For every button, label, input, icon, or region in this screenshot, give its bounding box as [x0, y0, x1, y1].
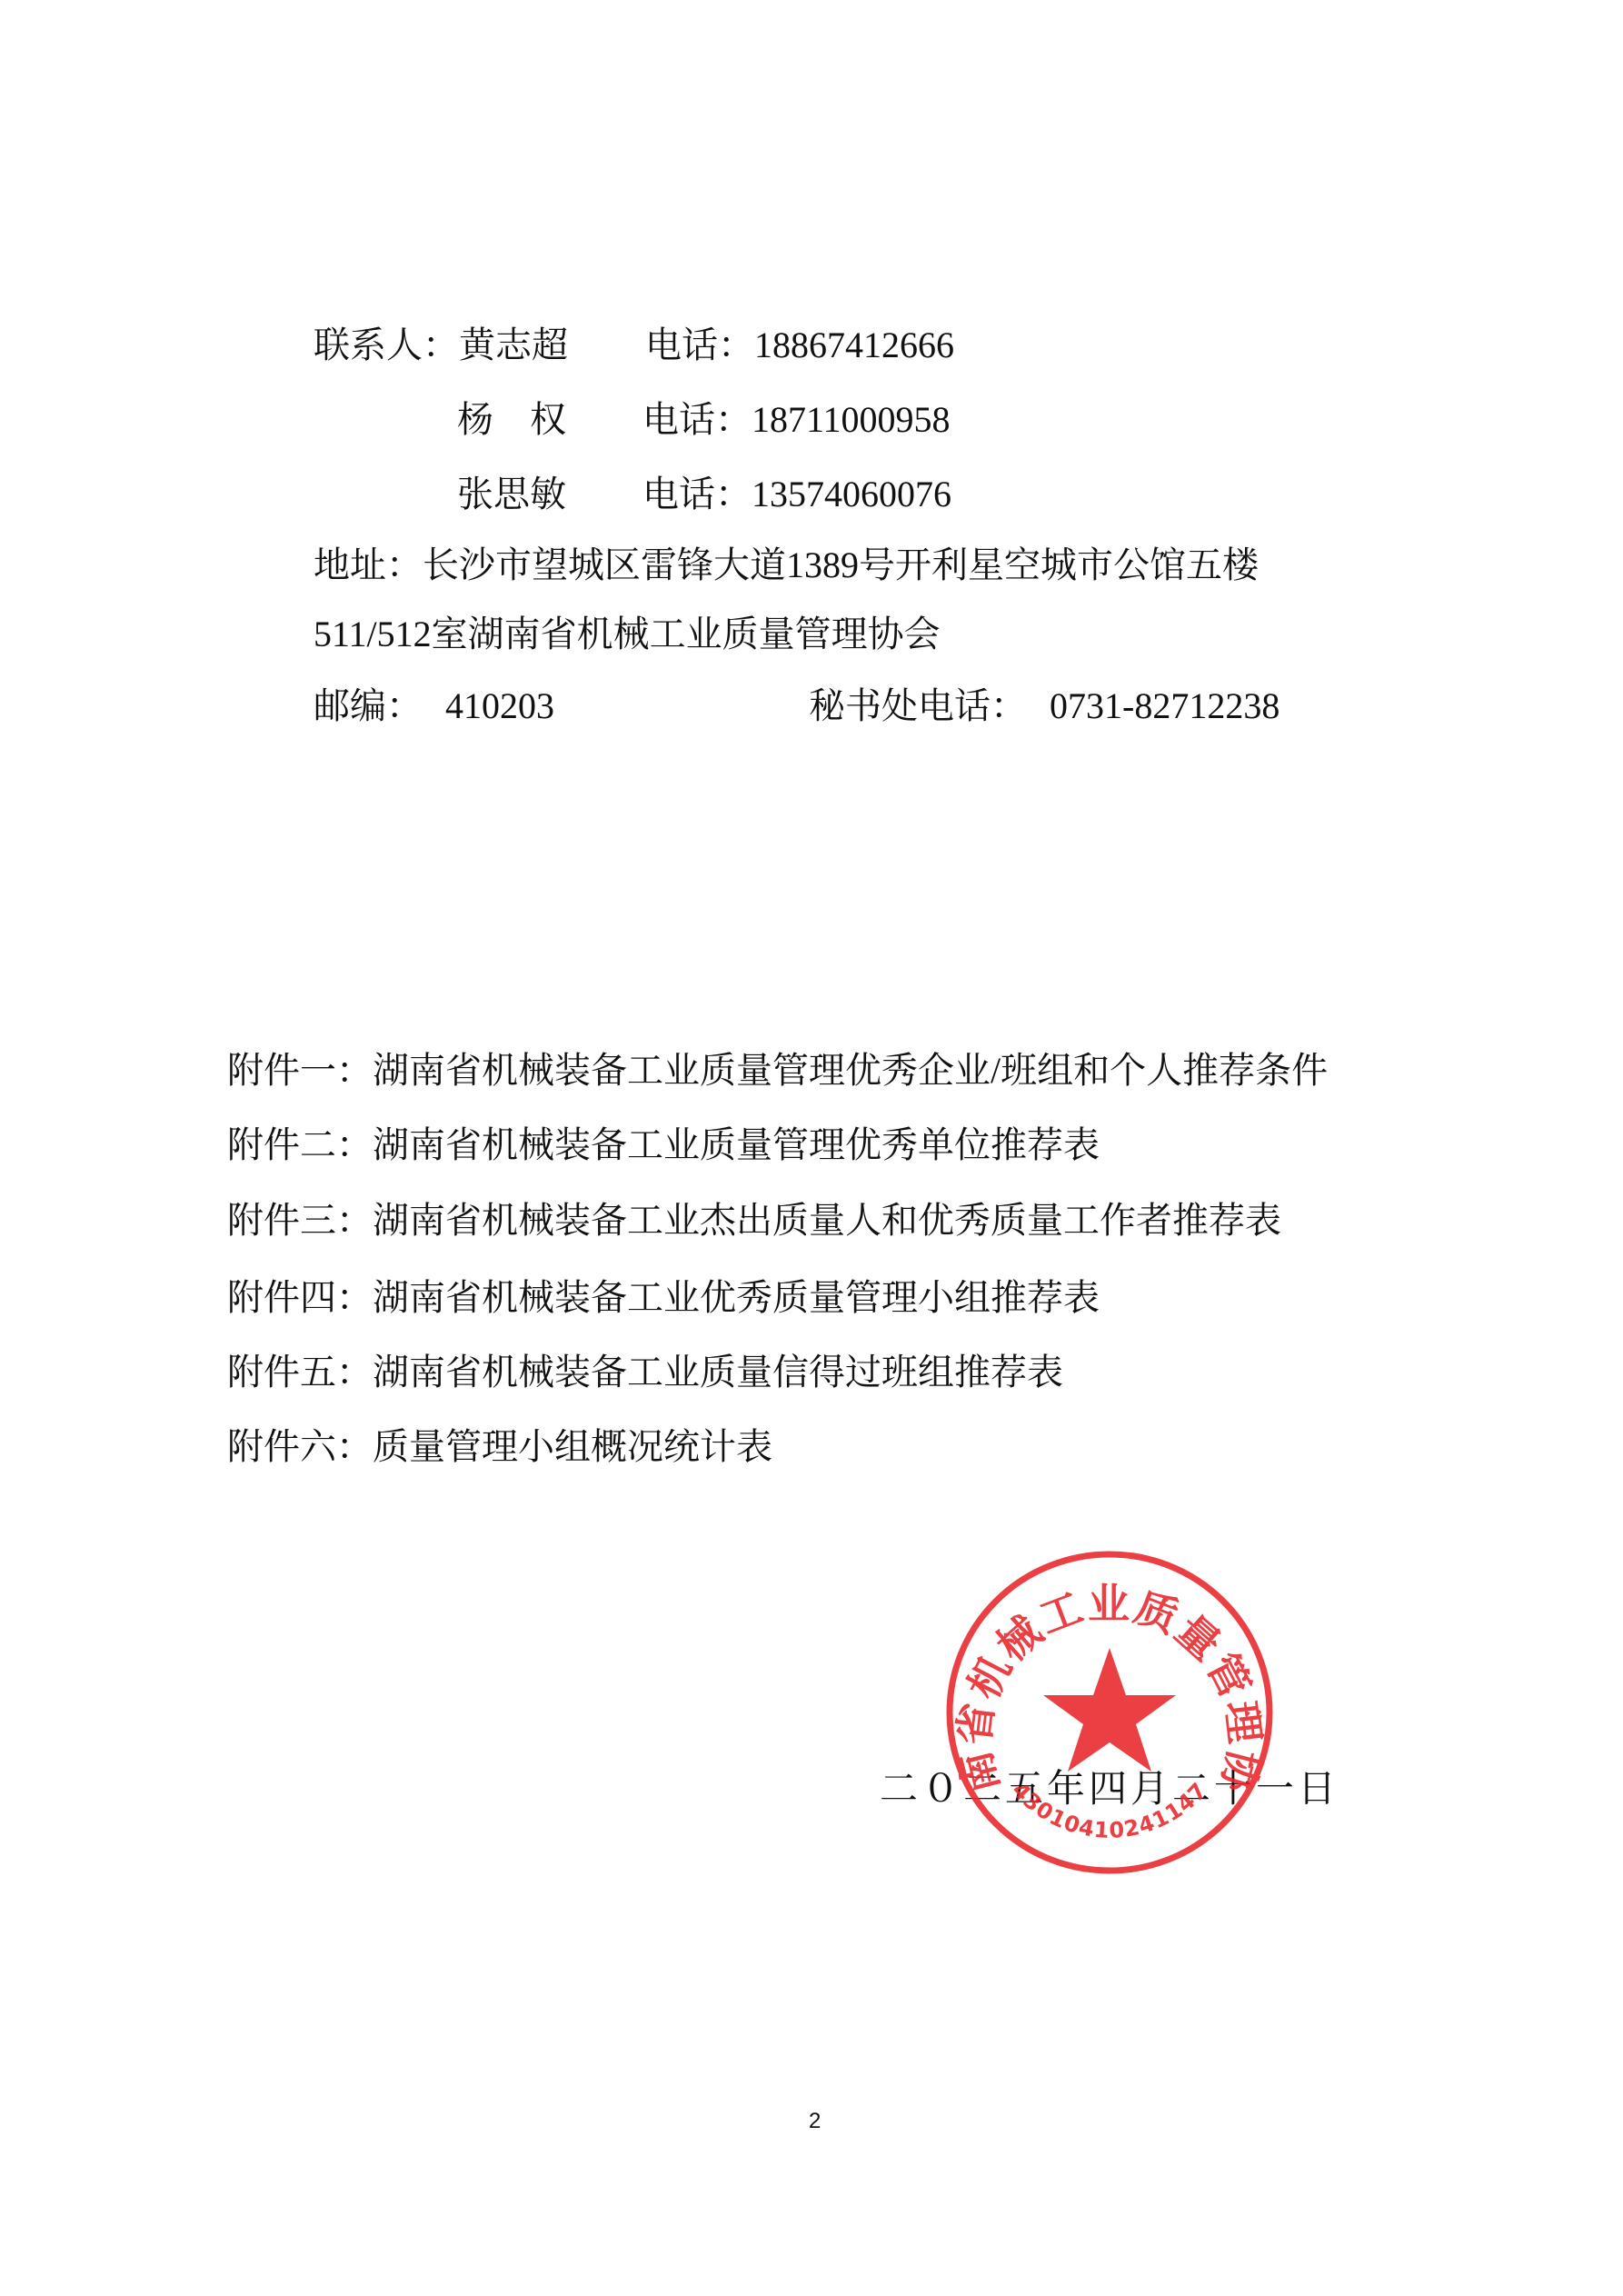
attachment-item: 附件六：质量管理小组概况统计表: [227, 1424, 772, 1470]
attachment-title: 湖南省机械装备工业优秀质量管理小组推荐表: [373, 1277, 1100, 1318]
contact-name: 杨 权: [457, 397, 566, 443]
contact-phone: 18711000958: [752, 397, 951, 443]
contacts-label: 联系人：: [314, 323, 459, 368]
contact-name: 张思敏: [457, 472, 566, 517]
attachment-title: 湖南省机械装备工业质量管理优秀单位推荐表: [373, 1124, 1100, 1165]
contact-phone: 13574060076: [752, 472, 951, 517]
document-page: 联系人： 黄志超 电话： 18867412666 杨 权 电话： 1871100…: [0, 0, 1623, 2296]
secretariat-phone: 0731-82712238: [1050, 684, 1279, 729]
address-line-1: 地址：长沙市望城区雷锋大道1389号开利星空城市公馆五楼: [314, 543, 1259, 588]
svg-text:43010410241147: 43010410241147: [1007, 1777, 1212, 1842]
postal-label: 邮编：: [314, 684, 423, 729]
attachment-label: 附件三：: [227, 1200, 373, 1241]
address-line-2: 511/512室湖南省机械工业质量管理协会: [314, 612, 941, 657]
official-seal: 湖南省机械工业质量管理协会 43010410241147: [945, 1550, 1274, 1875]
attachment-title: 湖南省机械装备工业杰出质量人和优秀质量工作者推荐表: [373, 1200, 1281, 1241]
attachment-item: 附件四：湖南省机械装备工业优秀质量管理小组推荐表: [227, 1275, 1100, 1321]
attachment-title: 湖南省机械装备工业质量管理优秀企业/班组和个人推荐条件: [373, 1050, 1328, 1091]
star-icon: [1043, 1648, 1176, 1772]
address-label: 地址：: [314, 544, 423, 585]
attachment-label: 附件四：: [227, 1277, 373, 1318]
attachment-label: 附件二：: [227, 1124, 373, 1165]
attachment-item: 附件三：湖南省机械装备工业杰出质量人和优秀质量工作者推荐表: [227, 1198, 1281, 1243]
contact-name: 黄志超: [459, 323, 568, 368]
secretariat-phone-label: 秘书处电话：: [809, 684, 1027, 729]
contact-phone: 18867412666: [754, 323, 954, 368]
contact-phone-label: 电话：: [645, 323, 754, 368]
attachment-title: 湖南省机械装备工业质量信得过班组推荐表: [373, 1352, 1063, 1393]
attachment-item: 附件二：湖南省机械装备工业质量管理优秀单位推荐表: [227, 1123, 1100, 1168]
attachment-label: 附件六：: [227, 1426, 373, 1467]
contact-phone-label: 电话：: [642, 397, 752, 443]
address-text: 长沙市望城区雷锋大道1389号开利星空城市公馆五楼: [423, 544, 1259, 585]
attachment-title: 质量管理小组概况统计表: [373, 1426, 772, 1467]
postal-code: 410203: [445, 684, 554, 729]
contact-phone-label: 电话：: [642, 472, 752, 517]
attachment-item: 附件五：湖南省机械装备工业质量信得过班组推荐表: [227, 1350, 1063, 1395]
attachment-label: 附件一：: [227, 1050, 373, 1091]
page-number: 2: [809, 2109, 821, 2134]
seal-code: 43010410241147: [1007, 1777, 1212, 1842]
attachment-item: 附件一：湖南省机械装备工业质量管理优秀企业/班组和个人推荐条件: [227, 1048, 1328, 1093]
attachment-label: 附件五：: [227, 1352, 373, 1393]
